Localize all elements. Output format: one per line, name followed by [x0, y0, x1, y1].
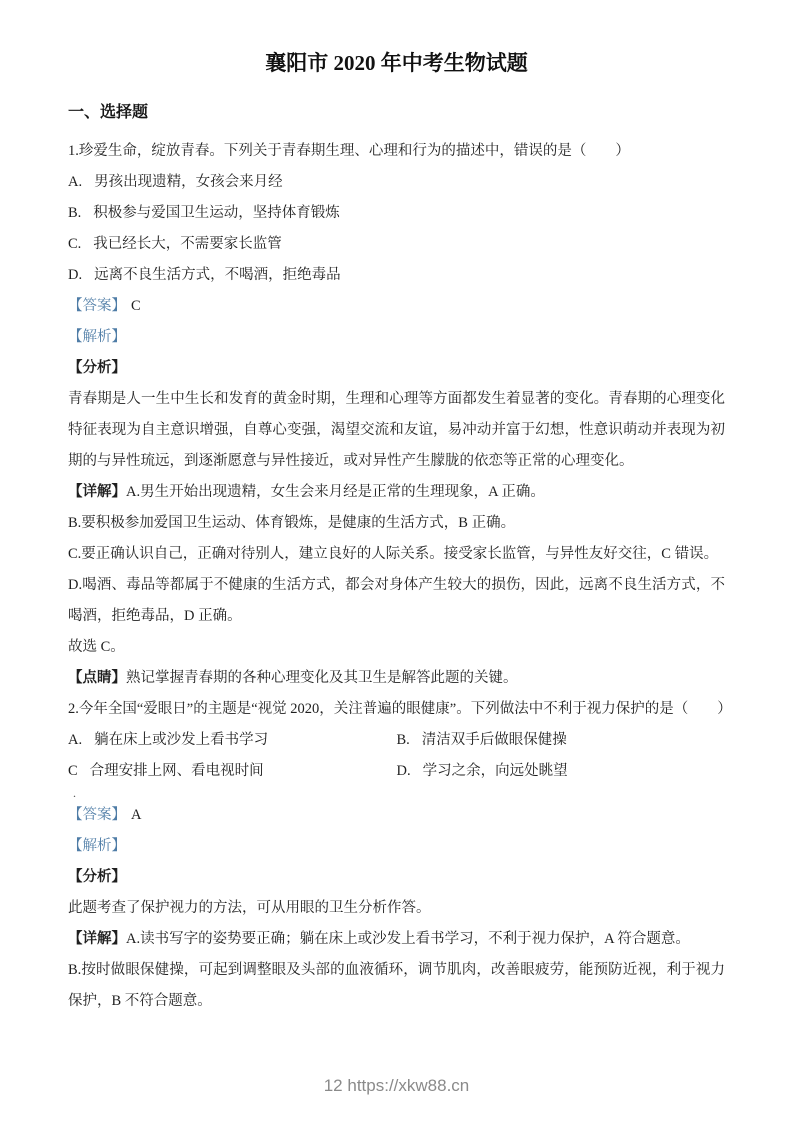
- option-b-label: B.: [397, 725, 410, 756]
- question-1-option-a: A.男孩出现遗精，女孩会来月经: [68, 167, 725, 198]
- detail-label: 【详解】: [68, 931, 126, 947]
- question-1-option-d: D.远离不良生活方式，不喝酒，拒绝毒品: [68, 260, 725, 291]
- question-2: 2.今年全国“爱眼日”的主题是“视觉 2020，关注普遍的眼健康”。下列做法中不…: [68, 694, 725, 1017]
- question-1-conclusion: 故选 C。: [68, 632, 725, 663]
- question-2-options-row-1: A.躺在床上或沙发上看书学习 B.清洁双手后做眼保健操: [68, 725, 725, 756]
- section-header: 一、选择题: [68, 102, 725, 124]
- question-2-option-a: A.躺在床上或沙发上看书学习: [68, 725, 397, 756]
- answer-label: 【答案】: [68, 807, 126, 823]
- question-1-stem: 1.珍爱生命，绽放青春。下列关于青春期生理、心理和行为的描述中，错误的是（ ）: [68, 136, 725, 167]
- explanation-label: 【解析】: [68, 329, 126, 345]
- footer-url: https://xkw88.cn: [347, 1076, 469, 1095]
- page-footer: 12 https://xkw88.cn: [0, 1076, 793, 1096]
- option-c-label: C.: [68, 229, 81, 260]
- option-d-text: 远离不良生活方式，不喝酒，拒绝毒品: [94, 267, 341, 283]
- document-title: 襄阳市 2020 年中考生物试题: [68, 48, 725, 78]
- tip-label: 【点睛】: [68, 670, 126, 686]
- question-2-options-row-2: C合理安排上网、看电视时间 D.学习之余，向远处眺望: [68, 756, 725, 787]
- question-2-answer-value: A: [131, 807, 141, 823]
- question-1-tip: 【点睛】熟记掌握青春期的各种心理变化及其卫生是解答此题的关键。: [68, 663, 725, 694]
- question-2-answer-line: 【答案】A: [68, 800, 725, 831]
- question-1-option-c: C.我已经长大，不需要家长监管: [68, 229, 725, 260]
- question-1-option-b: B.积极参与爱国卫生运动，坚持体育锻炼: [68, 198, 725, 229]
- option-b-text: 积极参与爱国卫生运动，坚持体育锻炼: [93, 205, 340, 221]
- option-d-label: D.: [397, 756, 411, 787]
- question-2-detail-b: B.按时做眼保健操，可起到调整眼及头部的血液循环，调节肌肉，改善眼疲劳，能预防近…: [68, 955, 725, 1017]
- question-1-detail-b: B.要积极参加爱国卫生运动、体育锻炼，是健康的生活方式，B 正确。: [68, 508, 725, 539]
- option-d-label: D.: [68, 260, 82, 291]
- answer-label: 【答案】: [68, 298, 126, 314]
- question-2-analysis-label-line: 【分析】: [68, 862, 725, 893]
- option-a-label: A.: [68, 725, 82, 756]
- option-c-label: C: [68, 756, 78, 787]
- question-1-analysis-label-line: 【分析】: [68, 353, 725, 384]
- question-1-explanation-label-line: 【解析】: [68, 322, 725, 353]
- question-1-tip-text: 熟记掌握青春期的各种心理变化及其卫生是解答此题的关键。: [126, 670, 518, 686]
- question-2-explanation-label-line: 【解析】: [68, 831, 725, 862]
- question-1-answer-value: C: [131, 298, 141, 314]
- option-a-text: 躺在床上或沙发上看书学习: [94, 732, 268, 748]
- question-2-stem: 2.今年全国“爱眼日”的主题是“视觉 2020，关注普遍的眼健康”。下列做法中不…: [68, 694, 725, 725]
- question-1-detail-d: D.喝酒、毒品等都属于不健康的生活方式，都会对身体产生较大的损伤，因此，远离不良…: [68, 570, 725, 632]
- option-b-text: 清洁双手后做眼保健操: [422, 732, 567, 748]
- question-2-analysis-text: 此题考查了保护视力的方法，可从用眼的卫生分析作答。: [68, 893, 725, 924]
- option-b-label: B.: [68, 198, 81, 229]
- option-c-text: 合理安排上网、看电视时间: [90, 763, 264, 779]
- question-1-detail-a: 【详解】A.男生开始出现遗精，女生会来月经是正常的生理现象，A 正确。: [68, 477, 725, 508]
- question-2-option-b: B.清洁双手后做眼保健操: [397, 725, 726, 756]
- page-number: 12: [324, 1076, 343, 1095]
- option-a-label: A.: [68, 167, 82, 198]
- question-2-detail-a-text: A.读书写字的姿势要正确；躺在床上或沙发上看书学习，不利于视力保护，A 符合题意…: [126, 931, 690, 947]
- explanation-label: 【解析】: [68, 838, 126, 854]
- option-a-text: 男孩出现遗精，女孩会来月经: [94, 174, 283, 190]
- option-c-text: 我已经长大，不需要家长监管: [93, 236, 282, 252]
- option-d-text: 学习之余，向远处眺望: [423, 763, 568, 779]
- question-2-detail-a: 【详解】A.读书写字的姿势要正确；躺在床上或沙发上看书学习，不利于视力保护，A …: [68, 924, 725, 955]
- detail-label: 【详解】: [68, 484, 126, 500]
- question-1-detail-c: C.要正确认识自己，正确对待别人，建立良好的人际关系。接受家长监管，与异性友好交…: [68, 539, 725, 570]
- document-content: 襄阳市 2020 年中考生物试题 一、选择题 1.珍爱生命，绽放青春。下列关于青…: [0, 0, 793, 1017]
- question-1-answer-line: 【答案】C: [68, 291, 725, 322]
- exam-document-page: 襄阳市 2020 年中考生物试题 一、选择题 1.珍爱生命，绽放青春。下列关于青…: [0, 0, 793, 1122]
- question-1-analysis-text: 青春期是人一生中生长和发育的黄金时期，生理和心理等方面都发生着显著的变化。青春期…: [68, 384, 725, 477]
- question-1: 1.珍爱生命，绽放青春。下列关于青春期生理、心理和行为的描述中，错误的是（ ） …: [68, 136, 725, 694]
- stray-period-artifact: .: [73, 787, 725, 800]
- question-2-option-d: D.学习之余，向远处眺望: [397, 756, 726, 787]
- question-2-option-c: C合理安排上网、看电视时间: [68, 756, 397, 787]
- question-1-detail-a-text: A.男生开始出现遗精，女生会来月经是正常的生理现象，A 正确。: [126, 484, 545, 500]
